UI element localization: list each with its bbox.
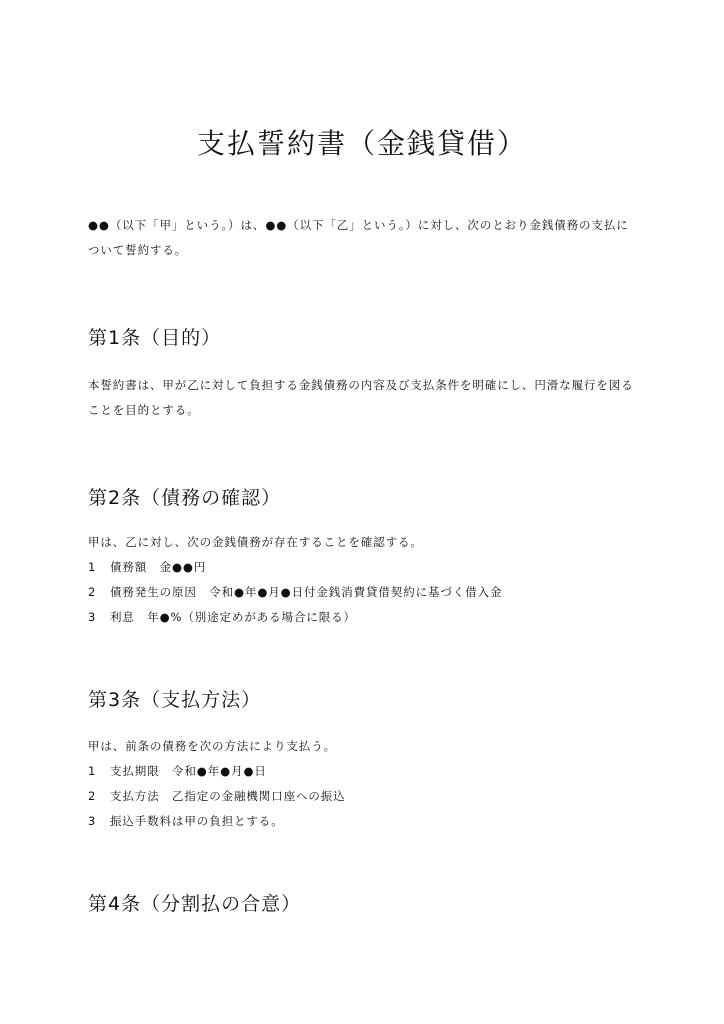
document-title: 支払誓約書（金銭貸借） [0, 124, 724, 164]
article-2-item: 2債務発生の原因 令和●年●月●日付金銭消費貸借契約に基づく借入金 [88, 580, 640, 605]
article-1-body: 本誓約書は、甲が乙に対して負担する金銭債務の内容及び支払条件を明確にし、円滑な履… [88, 373, 640, 423]
article-3-item: 3振込手数料は甲の負担とする。 [88, 809, 640, 834]
document-page: 支払誓約書（金銭貸借） ●●（以下「甲」という。）は、●●（以下「乙」という。）… [0, 0, 724, 1024]
item-text: 利息 年●%（別途定めがある場合に限る） [110, 610, 356, 624]
item-number: 3 [88, 605, 110, 630]
article-2-item: 1債務額 金●●円 [88, 555, 640, 580]
item-number: 1 [88, 759, 110, 784]
article-3-body: 甲は、前条の債務を次の方法により支払う。 [88, 734, 640, 759]
item-text: 債務発生の原因 令和●年●月●日付金銭消費貸借契約に基づく借入金 [110, 585, 502, 599]
article-2-heading: 第2条（債務の確認） [88, 484, 281, 512]
item-number: 3 [88, 809, 110, 834]
article-2-content: 甲は、乙に対し、次の金銭債務が存在することを確認する。 1債務額 金●●円 2債… [88, 530, 640, 630]
item-text: 債務額 金●●円 [110, 560, 206, 574]
preamble: ●●（以下「甲」という。）は、●●（以下「乙」という。）に対し、次のとおり金銭債… [88, 213, 640, 263]
article-1-heading: 第1条（目的） [88, 324, 221, 352]
article-3-item: 2支払方法 乙指定の金融機関口座への振込 [88, 784, 640, 809]
article-3-content: 甲は、前条の債務を次の方法により支払う。 1支払期限 令和●年●月●日 2支払方… [88, 734, 640, 834]
item-number: 2 [88, 580, 110, 605]
article-3-item: 1支払期限 令和●年●月●日 [88, 759, 640, 784]
item-number: 1 [88, 555, 110, 580]
item-text: 支払方法 乙指定の金融機関口座への振込 [110, 789, 346, 803]
article-2-body: 甲は、乙に対し、次の金銭債務が存在することを確認する。 [88, 530, 640, 555]
item-text: 支払期限 令和●年●月●日 [110, 764, 267, 778]
article-3-heading: 第3条（支払方法） [88, 686, 261, 714]
item-text: 振込手数料は甲の負担とする。 [110, 814, 284, 828]
article-4-heading: 第4条（分割払の合意） [88, 890, 301, 918]
article-2-item: 3利息 年●%（別途定めがある場合に限る） [88, 605, 640, 630]
item-number: 2 [88, 784, 110, 809]
